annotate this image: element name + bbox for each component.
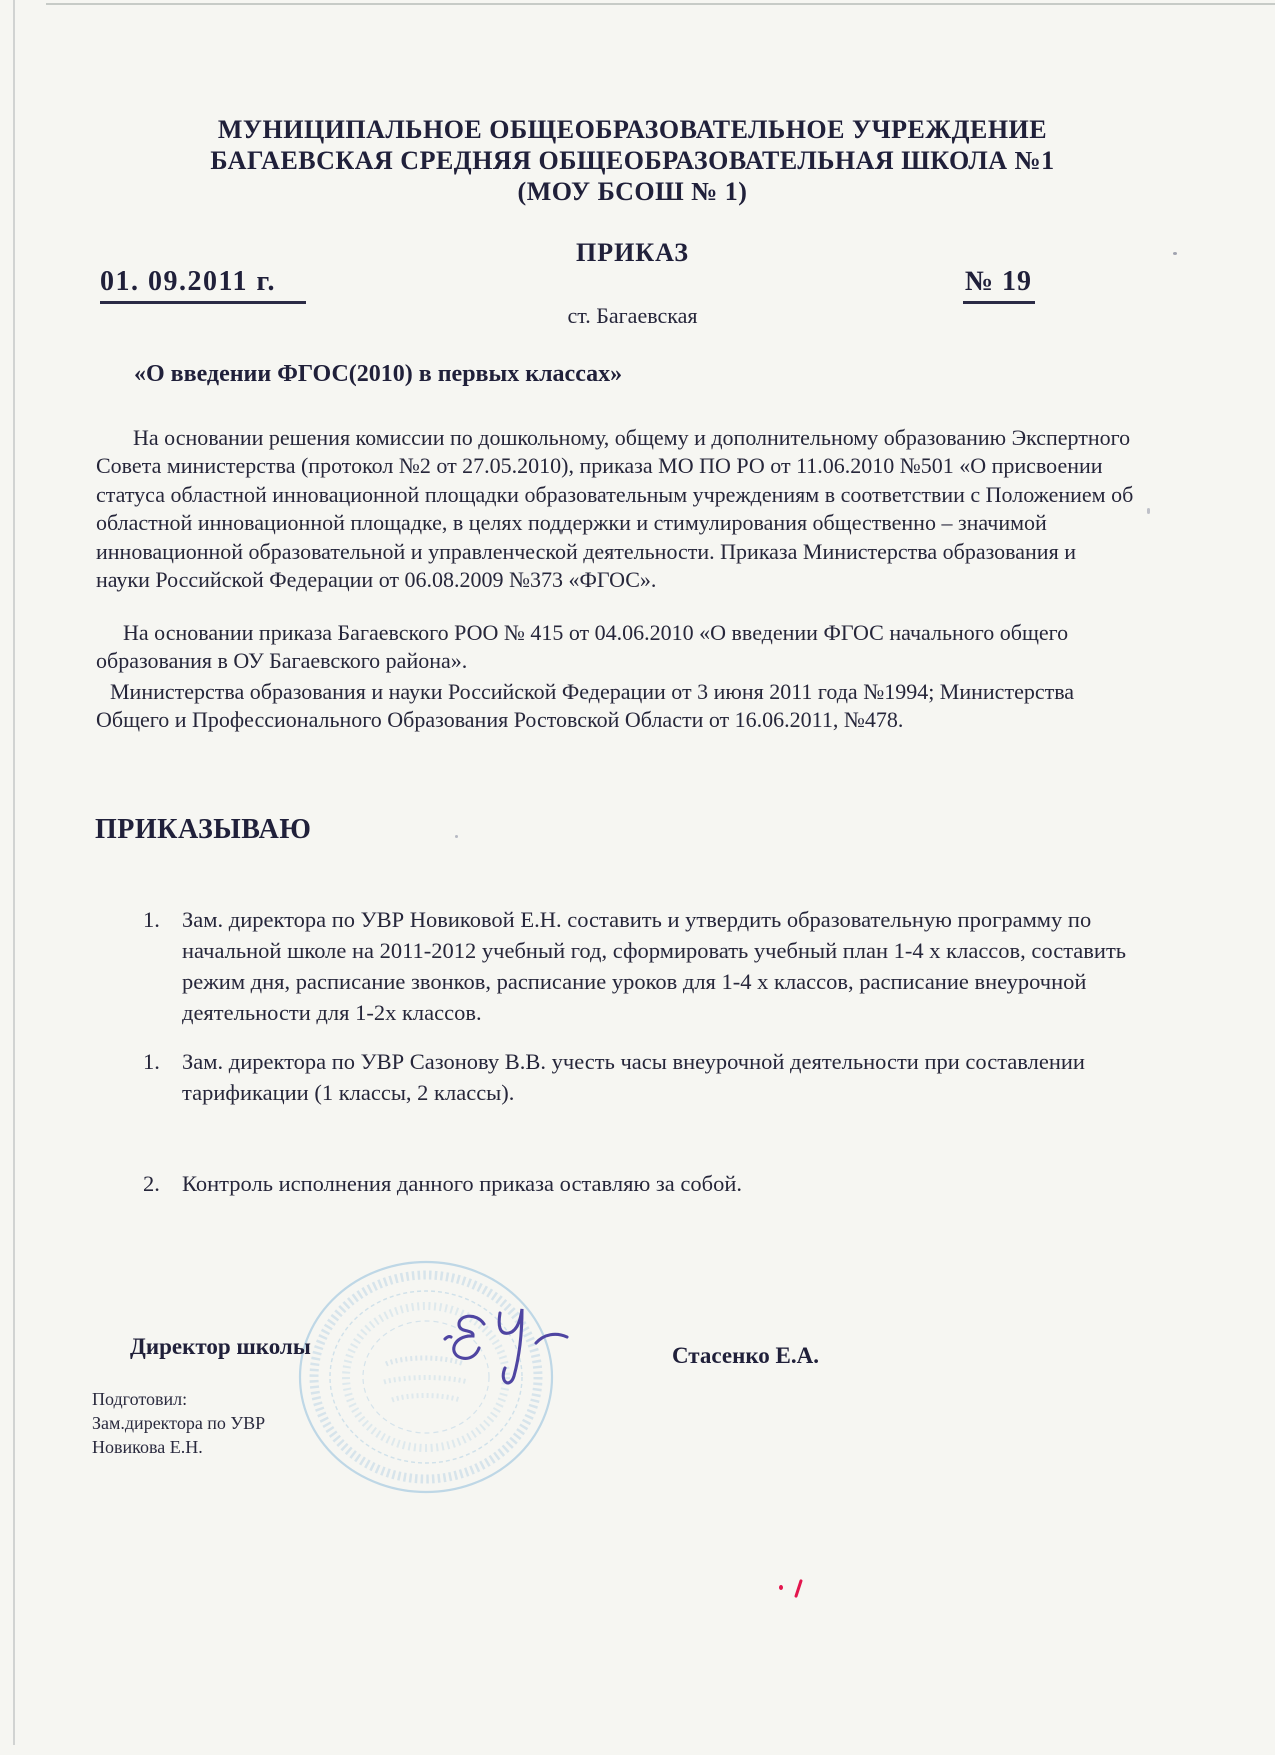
order-item-number: 2. [143, 1168, 182, 1199]
order-number: № 19 [963, 266, 1035, 304]
order-item-text: Зам. директора по УВР Сазонову В.В. учес… [182, 1046, 1143, 1108]
order-heading: ПРИКАЗЫВАЮ [95, 814, 311, 846]
org-name-line2: БАГАЕВСКАЯ СРЕДНЯЯ ОБЩЕОБРАЗОВАТЕЛЬНАЯ Ш… [0, 145, 1265, 176]
order-item-text: Контроль исполнения данного приказа оста… [182, 1168, 1143, 1199]
place-line: ст. Багаевская [0, 303, 1265, 329]
scan-edge-top-line [46, 3, 1275, 5]
preamble-paragraph: На основании решения комиссии по дошколь… [96, 424, 1134, 594]
scan-speck [1173, 252, 1177, 255]
scan-speck [455, 835, 458, 838]
red-ink-slash [794, 1579, 803, 1598]
order-item: 1. Зам. директора по УВР Сазонову В.В. у… [143, 1046, 1143, 1108]
order-date: 01. 09.2011 г. [100, 266, 306, 304]
prepared-by-role: Зам.директора по УВР [92, 1411, 265, 1435]
scanned-order-document: МУНИЦИПАЛЬНОЕ ОБЩЕОБРАЗОВАТЕЛЬНОЕ УЧРЕЖД… [0, 0, 1275, 1755]
order-item-number: 1. [143, 904, 182, 1028]
prepared-by-name: Новикова Е.Н. [92, 1435, 265, 1459]
director-role-label: Директор школы [130, 1334, 311, 1360]
org-name-line1: МУНИЦИПАЛЬНОЕ ОБЩЕОБРАЗОВАТЕЛЬНОЕ УЧРЕЖД… [0, 114, 1265, 145]
prepared-by-label: Подготовил: [92, 1387, 265, 1411]
red-ink-dot [779, 1585, 783, 1590]
director-signature [438, 1298, 576, 1396]
preamble-paragraph: Министерства образования и науки Российс… [96, 678, 1134, 735]
date-number-row: 01. 09.2011 г. № 19 [100, 266, 1035, 304]
order-item-number: 1. [143, 1046, 182, 1108]
prepared-by-block: Подготовил: Зам.директора по УВР Новиков… [92, 1387, 265, 1459]
org-name-line3: (МОУ БСОШ № 1) [0, 176, 1265, 207]
order-item-text: Зам. директора по УВР Новиковой Е.Н. сос… [182, 904, 1143, 1028]
doc-type-title: ПРИКАЗ [0, 238, 1265, 268]
director-name: Стасенко Е.А. [672, 1343, 819, 1369]
order-item: 1. Зам. директора по УВР Новиковой Е.Н. … [143, 904, 1143, 1028]
preamble-paragraph: На основании приказа Багаевского РОО № 4… [96, 619, 1134, 676]
scan-speck [1147, 508, 1150, 514]
subject-line: «О введении ФГОС(2010) в первых классах» [134, 361, 622, 388]
order-item: 2. Контроль исполнения данного приказа о… [143, 1168, 1143, 1199]
org-header: МУНИЦИПАЛЬНОЕ ОБЩЕОБРАЗОВАТЕЛЬНОЕ УЧРЕЖД… [0, 114, 1265, 207]
